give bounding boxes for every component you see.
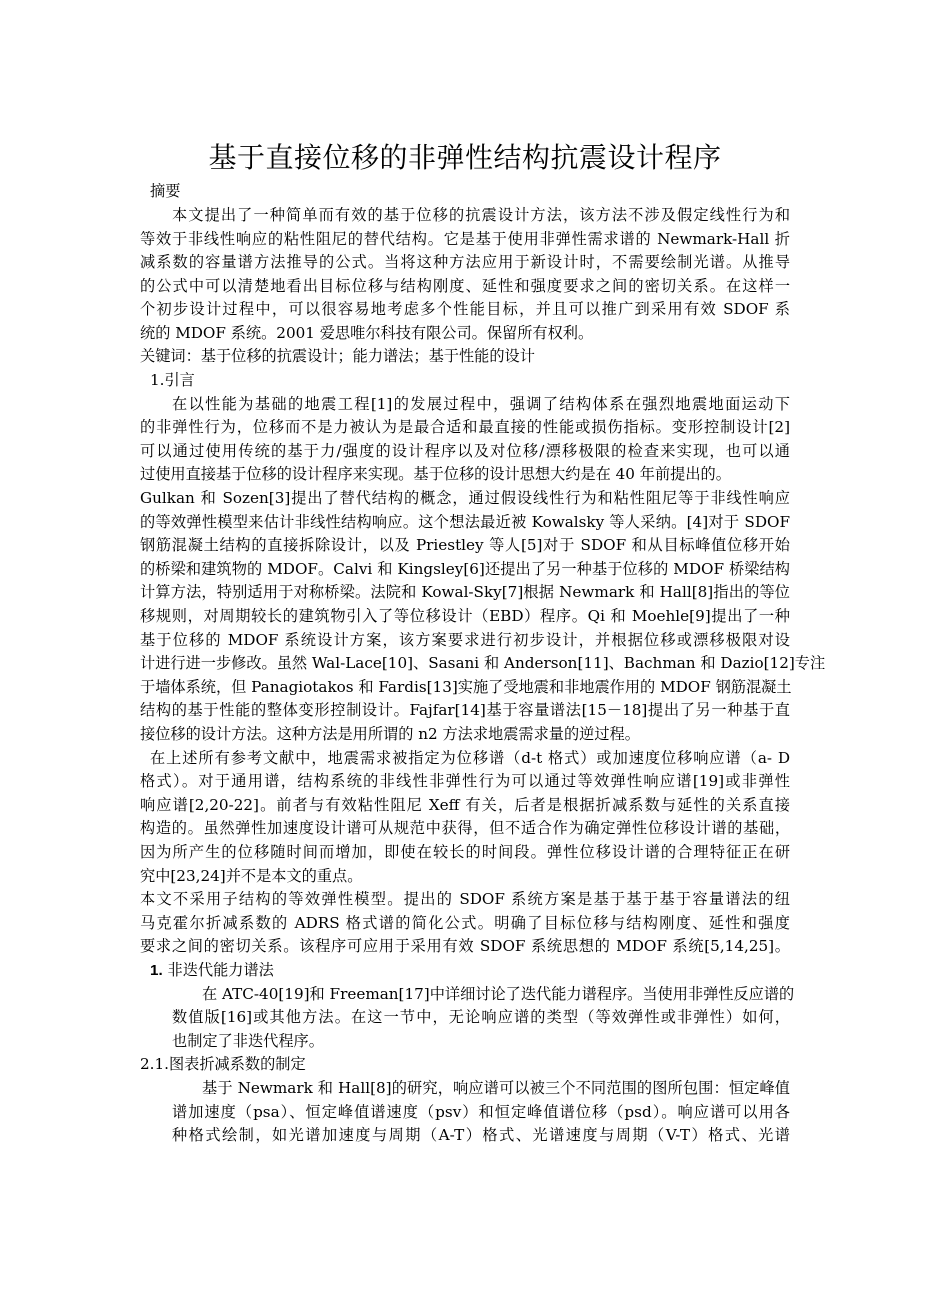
paragraph-line: 马克霍尔折减系数的 ADRS 格式谱的简化公式。明确了目标位移与结构刚度、延性和… — [140, 912, 790, 936]
paragraph-line: 在以性能为基础的地震工程[1]的发展过程中，强调了结构体系在强烈地震地面运动下 — [140, 393, 790, 417]
paragraph-line: 响应谱[2,20-22]。前者与有效粘性阻尼 Xeff 有关，后者是根据折减系数… — [140, 794, 790, 818]
paragraph-line: 的等效弹性模型来估计非线性结构响应。这个想法最近被 Kowalsky 等人采纳。… — [140, 511, 790, 535]
paragraph-line: 计算方法，特别适用于对称桥梁。法院和 Kowal-Sky[7]根据 Newmar… — [140, 581, 790, 605]
paragraph-line: 基于位移的 MDOF 系统设计方案，该方案要求进行初步设计，并根据位移或漂移极限… — [140, 629, 790, 653]
paragraph-line: 构造的。虽然弹性加速度设计谱可从规范中获得，但不适合作为确定弹性位移设计谱的基础… — [140, 817, 790, 841]
paragraph-line: 结构的基于性能的整体变形控制设计。Fajfar[14]基于容量谱法[15－18]… — [140, 699, 790, 723]
keywords: 关键词：基于位移的抗震设计；能力谱法；基于性能的设计 — [140, 345, 790, 369]
paragraph-line: 的桥梁和建筑物的 MDOF。Calvi 和 Kingsley[6]还提出了另一种… — [140, 558, 790, 582]
paragraph-line: 究中[23,24]并不是本文的重点。 — [140, 865, 790, 889]
section-2-title: 非迭代能力谱法 — [168, 961, 274, 979]
paragraph-line: 数值版[16]或其他方法。在这一节中，无论响应谱的类型（等效弹性或非弹性）如何， — [140, 1006, 790, 1030]
paragraph-line: 在 ATC-40[19]和 Freeman[17]中详细讨论了迭代能力谱程序。当… — [140, 983, 790, 1007]
paragraph-line: 的非弹性行为，位移而不是力被认为是最合适和最直接的性能或损伤指标。变形控制设计[… — [140, 416, 790, 440]
abstract-line: 本文提出了一种简单而有效的基于位移的抗震设计方法，该方法不涉及假定线性行为和 — [140, 204, 790, 228]
abstract-heading: 摘要 — [150, 180, 800, 204]
abstract-line: 减系数的容量谱方法推导的公式。当将这种方法应用于新设计时，不需要绘制光谱。从推导 — [140, 251, 790, 275]
paragraph-line: 也制定了非迭代程序。 — [140, 1030, 790, 1054]
paragraph-line: 过使用直接基于位移的设计程序来实现。基于位移的设计思想大约是在 40 年前提出的… — [140, 463, 790, 487]
document-title: 基于直接位移的非弹性结构抗震设计程序 — [140, 138, 790, 178]
section-2-1-heading: 2.1.图表折减系数的制定 — [140, 1053, 790, 1077]
paragraph-line: 基于 Newmark 和 Hall[8]的研究，响应谱可以被三个不同范围的图所包… — [140, 1077, 790, 1101]
paragraph-line: 计进行进一步修改。虽然 Wal-Lace[10]、Sasani 和 Anders… — [140, 652, 790, 676]
paragraph-line: 谱加速度（psa）、恒定峰值谱速度（psv）和恒定峰值谱位移（psd）。响应谱可… — [140, 1101, 790, 1125]
abstract-line: 个初步设计过程中，可以很容易地考虑多个性能目标，并且可以推广到采用有效 SDOF… — [140, 298, 790, 322]
paragraph-line: 种格式绘制，如光谱加速度与周期（A-T）格式、光谱速度与周期（V-T）格式、光谱 — [140, 1124, 790, 1148]
section-1-heading: 1.引言 — [150, 369, 800, 393]
paragraph-line: 移规则，对周期较长的建筑物引入了等位移设计（EBD）程序。Qi 和 Moehle… — [140, 605, 790, 629]
paragraph-line: 可以通过使用传统的基于力/强度的设计程序以及对位移/漂移极限的检查来实现，也可以… — [140, 440, 790, 464]
paragraph-line: 格式）。对于通用谱，结构系统的非线性非弹性行为可以通过等效弹性响应谱[19]或非… — [140, 770, 790, 794]
paragraph-line: 于墙体系统，但 Panagiotakos 和 Fardis[13]实施了受地震和… — [140, 676, 790, 700]
section-2-heading: 1. 非迭代能力谱法 — [150, 959, 800, 983]
section-2-number: 1. — [150, 962, 163, 979]
paragraph-line: 在上述所有参考文献中，地震需求被指定为位移谱（d-t 格式）或加速度位移响应谱（… — [140, 747, 790, 771]
paragraph-line: 因为所产生的位移随时间而增加，即使在较长的时间段。弹性位移设计谱的合理特征正在研 — [140, 841, 790, 865]
paragraph-line: 本文不采用子结构的等效弹性模型。提出的 SDOF 系统方案是基于基于基于容量谱法… — [140, 888, 790, 912]
paragraph-line: 接位移的设计方法。这种方法是用所谓的 n2 方法求地震需求量的逆过程。 — [140, 723, 790, 747]
abstract-line: 统的 MDOF 系统。2001 爱思唯尔科技有限公司。保留所有权利。 — [140, 322, 790, 346]
abstract-line: 的公式中可以清楚地看出目标位移与结构刚度、延性和强度要求之间的密切关系。在这样一 — [140, 275, 790, 299]
abstract-line: 等效于非线性响应的粘性阻尼的替代结构。它是基于使用非弹性需求谱的 Newmark… — [140, 228, 790, 252]
paragraph-line: Gulkan 和 Sozen[3]提出了替代结构的概念，通过假设线性行为和粘性阻… — [140, 487, 790, 511]
paragraph-line: 要求之间的密切关系。该程序可应用于采用有效 SDOF 系统思想的 MDOF 系统… — [140, 935, 790, 959]
paragraph-line: 钢筋混凝土结构的直接拆除设计，以及 Priestley 等人[5]对于 SDOF… — [140, 534, 790, 558]
